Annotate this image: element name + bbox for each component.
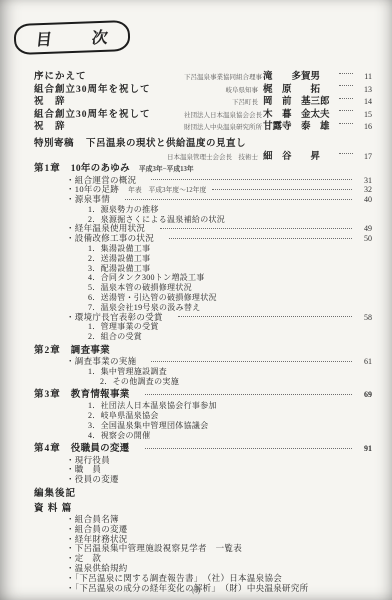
row-page-number: 49 [355, 224, 372, 234]
entry-page-number: 11 [355, 72, 372, 81]
dotted-leader [145, 447, 352, 449]
dotted-leader [339, 84, 353, 86]
entry-role: 下呂町長 [184, 97, 263, 106]
dotted-leader [339, 152, 353, 154]
scanned-toc-page: 目 次 序にかえて 下呂温泉事業協同組合理事長 滝 多賀男 11 組合創立30周… [0, 0, 392, 600]
entry-page-number: 16 [355, 122, 372, 131]
front-matter-row: 祝 辞 下呂町長 岡 前 基三郎 14 [34, 93, 372, 106]
toc-row: 4．合同タンク300トン増設工事 [34, 273, 372, 283]
toc-row: ・源泉事情 40 [34, 195, 372, 205]
dotted-leader [125, 198, 352, 200]
row-text: ・環境庁長官表彰の受賞 [66, 313, 163, 323]
dotted-leader [169, 237, 352, 239]
special-label: 特別寄稿 [34, 139, 74, 149]
entry-author: 甘露寺 泰 雄 [263, 118, 339, 132]
toc-row: 6．送湯管・引込管の破損修理状況 [34, 293, 372, 303]
row-text: 4．視察会の開催 [88, 431, 150, 441]
entry-page-number: 14 [355, 97, 372, 106]
toc-row: 3．配湯設備工事 [34, 264, 372, 274]
row-text: 1．集湯設備工事 [88, 244, 150, 254]
toc-row: 1．管理事業の受賞 [34, 322, 372, 332]
toc-row: 5．温泉本管の破損修理状況 [34, 283, 372, 293]
entry-role: 財団法人中央温泉研究所所長 [184, 122, 263, 131]
toc-row: 3．全国温泉集中管理団体協議会 [34, 421, 372, 431]
dotted-leader [160, 227, 352, 229]
row-text: 2．組合の受賞 [88, 332, 142, 342]
toc-row: 第1章 10年のあゆみ 平成3年−平成13年 [34, 163, 372, 176]
toc-row: 1．集中管理施設調査 [34, 367, 372, 377]
row-text: ・源泉事情 [66, 195, 110, 205]
row-text: 4．合同タンク300トン増設工事 [88, 273, 205, 283]
toc-row: 編集後記 [34, 488, 372, 501]
row-page-number: 61 [355, 357, 372, 367]
toc-row: ・調査事業の実施 61 [34, 357, 372, 367]
special-author: 細 谷 昇 [263, 148, 339, 162]
dotted-leader [145, 393, 352, 395]
row-page-number: 32 [355, 185, 372, 195]
dotted-leader [339, 72, 353, 74]
dotted-leader [339, 97, 353, 99]
toc-row: 2．組合の受賞 [34, 332, 372, 342]
entry-role: 下呂温泉事業協同組合理事長 [184, 72, 263, 81]
special-page-number: 17 [355, 152, 372, 161]
toc-row: 第4章 役職員の変遷 91 [34, 443, 372, 456]
toc-row: ・役員の変遷 [34, 475, 372, 485]
special-contribution-heading: 特別寄稿下呂温泉の現状と供給温度の見直し [34, 135, 372, 148]
row-chapter-label: 編集後記 [34, 488, 76, 501]
row-text: 役職員の変遷 [71, 443, 130, 456]
row-chapter-label: 第3章 [34, 389, 61, 402]
row-chapter-label: 第4章 [34, 443, 61, 456]
toc-title-box: 目 次 [13, 20, 130, 55]
toc-list: 第1章 10年のあゆみ 平成3年−平成13年 ・組合運営の概況 31 ・10年の… [34, 163, 372, 593]
row-page-number: 50 [355, 234, 372, 244]
dotted-leader [151, 178, 352, 180]
row-text: 2．その他調査の実施 [100, 377, 179, 387]
front-matter-row: 組合創立30周年を祝して 社団法人日本温泉協会会長 木 暮 金太夫 15 [34, 106, 372, 119]
dotted-leader [151, 360, 352, 362]
toc-row: ・環境庁長官表彰の受賞 58 [34, 313, 372, 323]
row-text: 1．管理事業の受賞 [88, 322, 159, 332]
row-page-number: 91 [355, 443, 372, 456]
row-page-number: 69 [355, 389, 372, 402]
row-page-number: 40 [355, 195, 372, 205]
toc-row: 2．岐阜県温泉協会 [34, 411, 372, 421]
special-contribution-byline: 日本温泉管理士会会長 技術士 細 谷 昇 17 [34, 148, 372, 161]
entry-title: 祝 辞 [34, 118, 184, 132]
row-text: ・調査事業の実施 [66, 357, 136, 367]
dotted-leader [178, 315, 352, 317]
toc-row: 1．社団法人日本温泉協会行事参加 [34, 401, 372, 411]
row-text: 2．岐阜県温泉協会 [88, 411, 159, 421]
toc-row: 1．集湯設備工事 [34, 244, 372, 254]
row-text: 1．源泉勢力の推移 [88, 205, 159, 215]
row-text: 1．集中管理施設調査 [88, 367, 167, 377]
page-title: 目 次 [23, 24, 121, 50]
dotted-leader [212, 188, 352, 190]
front-matter-list: 序にかえて 下呂温泉事業協同組合理事長 滝 多賀男 11 組合創立30周年を祝し… [34, 68, 372, 131]
dotted-leader [339, 109, 353, 111]
dotted-leader [339, 122, 353, 124]
entry-page-number: 13 [355, 85, 372, 94]
special-role: 日本温泉管理士会会長 技術士 [167, 152, 263, 161]
entry-role: 社団法人日本温泉協会会長 [184, 110, 263, 119]
front-matter-row: 祝 辞 財団法人中央温泉研究所所長 甘露寺 泰 雄 16 [34, 118, 372, 131]
special-title: 下呂温泉の現状と供給温度の見直し [86, 139, 246, 149]
toc-row: 2．送湯設備工事 [34, 254, 372, 264]
row-text: 6．送湯管・引込管の破損修理状況 [88, 293, 217, 303]
toc-row: 4．視察会の開催 [34, 431, 372, 441]
row-text: 3．全国温泉集中管理団体協議会 [88, 421, 209, 431]
toc-row: 第3章 教育情報事業 69 [34, 389, 372, 402]
row-text: 2．送湯設備工事 [88, 254, 150, 264]
toc-content: 序にかえて 下呂温泉事業協同組合理事長 滝 多賀男 11 組合創立30周年を祝し… [34, 68, 372, 593]
page-footer: (1) [0, 588, 392, 595]
row-page-number: 58 [355, 313, 372, 323]
row-text: 教育情報事業 [71, 389, 130, 402]
row-note: 平成3年−平成13年 [139, 164, 194, 177]
row-text: 1．社団法人日本温泉協会行事参加 [88, 401, 217, 411]
row-text: 3．配湯設備工事 [88, 264, 150, 274]
row-text: 10年のあゆみ [71, 163, 130, 176]
row-text: 5．温泉本管の破損修理状況 [88, 283, 192, 293]
row-text: ・役員の変遷 [66, 475, 119, 485]
row-page-number: 31 [355, 176, 372, 186]
front-matter-row: 組合創立30周年を祝して 岐阜県知事 梶 原 拓 13 [34, 81, 372, 94]
toc-row: ・設備改修工事の状況 50 [34, 234, 372, 244]
toc-row: 1．源泉勢力の推移 [34, 205, 372, 215]
entry-role: 岐阜県知事 [184, 85, 263, 94]
toc-row: 2．その他調査の実施 [34, 377, 372, 387]
front-matter-row: 序にかえて 下呂温泉事業協同組合理事長 滝 多賀男 11 [34, 68, 372, 81]
row-note: 年表 平成3年度〜12年度 [128, 186, 206, 196]
row-chapter-label: 第1章 [34, 163, 61, 176]
row-text: ・設備改修工事の状況 [66, 234, 154, 244]
row-chapter-label: 第2章 [34, 345, 61, 358]
entry-page-number: 15 [355, 110, 372, 119]
